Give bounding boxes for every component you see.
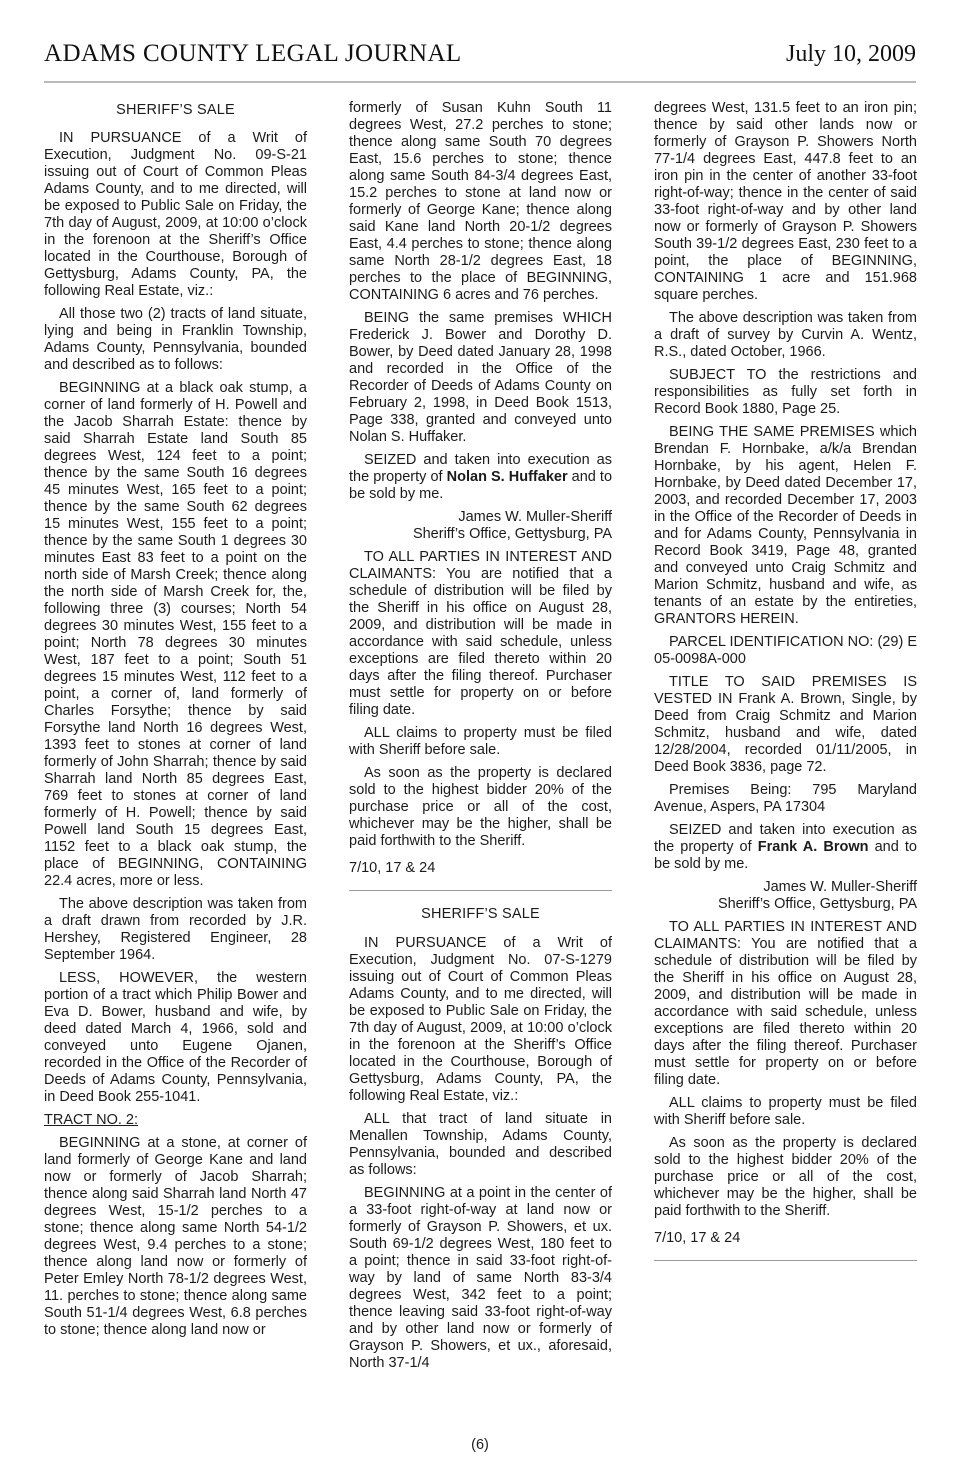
notice-paragraph: All those two (2) tracts of land situate…	[44, 306, 307, 374]
sheriff-office: Sheriff’s Office, Gettysburg, PA	[654, 896, 917, 913]
notice-paragraph: Premises Being: 795 Maryland Avenue, Asp…	[654, 782, 917, 816]
notice-paragraph: ALL that tract of land situate in Menall…	[349, 1111, 612, 1179]
notice-paragraph: TO ALL PARTIES IN INTEREST AND CLAIMANTS…	[654, 919, 917, 1089]
notice-paragraph: As soon as the property is declared sold…	[349, 765, 612, 850]
column-1: SHERIFF’S SALE IN PURSUANCE of a Writ of…	[44, 100, 307, 1378]
notice-paragraph: BEING the same premises WHICH Frederick …	[349, 310, 612, 446]
notice-paragraph: PARCEL IDENTIFICATION NO: (29) E 05-0098…	[654, 634, 917, 668]
notice-paragraph: TITLE TO SAID PREMISES IS VESTED IN Fran…	[654, 674, 917, 776]
notice-paragraph: As soon as the property is declared sold…	[654, 1135, 917, 1220]
section-divider	[349, 890, 612, 891]
sheriff-signature: James W. Muller-Sheriff	[654, 879, 917, 896]
seized-paragraph: SEIZED and taken into execution as the p…	[654, 822, 917, 873]
seized-paragraph: SEIZED and taken into execution as the p…	[349, 452, 612, 503]
defendant-name: Frank A. Brown	[758, 839, 869, 855]
notice-paragraph: The above description was taken from a d…	[44, 896, 307, 964]
notice-paragraph: BEING THE SAME PREMISES which Brendan F.…	[654, 424, 917, 628]
notice-paragraph: SUBJECT TO the restrictions and responsi…	[654, 367, 917, 418]
notice-paragraph: ALL claims to property must be filed wit…	[349, 725, 612, 759]
notice-paragraph: IN PURSUANCE of a Writ of Execution, Jud…	[349, 935, 612, 1105]
journal-page: ADAMS COUNTY LEGAL JOURNAL July 10, 2009…	[0, 0, 960, 1483]
sheriff-signature: James W. Muller-Sheriff	[349, 509, 612, 526]
continuation-paragraph: formerly of Susan Kuhn South 11 degrees …	[349, 100, 612, 304]
journal-title: ADAMS COUNTY LEGAL JOURNAL	[44, 40, 462, 68]
filing-dates: 7/10, 17 & 24	[349, 860, 612, 877]
page-header: ADAMS COUNTY LEGAL JOURNAL July 10, 2009	[44, 40, 916, 68]
notice-paragraph: BEGINNING at a point in the center of a …	[349, 1185, 612, 1372]
notice-paragraph: TO ALL PARTIES IN INTEREST AND CLAIMANTS…	[349, 549, 612, 719]
notice-paragraph: BEGINNING at a black oak stump, a corner…	[44, 380, 307, 890]
notice-paragraph: The above description was taken from a d…	[654, 310, 917, 361]
notice-heading: SHERIFF’S SALE	[44, 102, 307, 119]
page-number: (6)	[0, 1437, 960, 1453]
continuation-paragraph: degrees West, 131.5 feet to an iron pin;…	[654, 100, 917, 304]
notice-heading: SHERIFF’S SALE	[349, 906, 612, 923]
notice-paragraph: IN PURSUANCE of a Writ of Execution, Jud…	[44, 130, 307, 300]
notice-paragraph: LESS, HOWEVER, the western portion of a …	[44, 970, 307, 1106]
issue-date: July 10, 2009	[786, 41, 916, 68]
section-divider	[654, 1260, 917, 1261]
defendant-name: Nolan S. Huffaker	[447, 469, 568, 485]
tract-heading: TRACT NO. 2:	[44, 1112, 307, 1129]
header-rule	[44, 81, 916, 83]
column-2: formerly of Susan Kuhn South 11 degrees …	[349, 100, 612, 1378]
notice-paragraph: BEGINNING at a stone, at corner of land …	[44, 1135, 307, 1339]
notice-paragraph: ALL claims to property must be filed wit…	[654, 1095, 917, 1129]
columns: SHERIFF’S SALE IN PURSUANCE of a Writ of…	[44, 100, 916, 1378]
column-3: degrees West, 131.5 feet to an iron pin;…	[654, 100, 917, 1378]
filing-dates: 7/10, 17 & 24	[654, 1230, 917, 1247]
sheriff-office: Sheriff’s Office, Gettysburg, PA	[349, 526, 612, 543]
